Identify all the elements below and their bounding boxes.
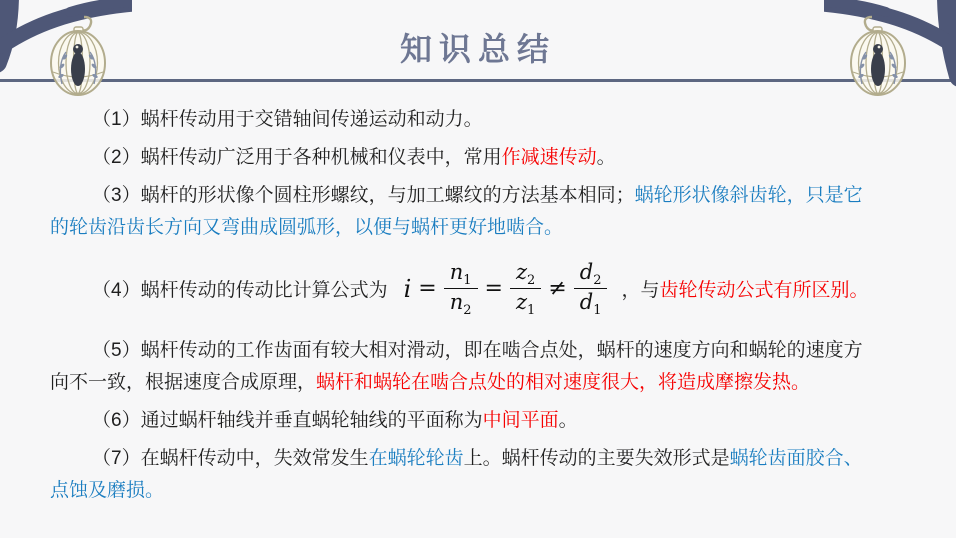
text-segment: 作减速传动: [502, 147, 597, 168]
text-segment: 在蜗轮轮齿: [369, 448, 464, 469]
formula-variable-i: i: [404, 275, 412, 303]
fraction-d2-d1: d2 d1: [574, 260, 608, 317]
point-7-line-1: （7）在蜗杆传动中，失效常发生在蜗轮轮齿上。蜗杆传动的主要失效形式是蜗轮齿面胶合…: [50, 443, 906, 475]
text-segment: （2）蜗杆传动广泛用于各种机械和仪表中，常用: [92, 147, 502, 168]
text-segment: （6）通过蜗杆轴线并垂直蜗轮轴线的平面称为: [92, 410, 483, 431]
text-segment: ，与: [621, 275, 659, 302]
text-segment: （5）蜗杆传动的工作齿面有较大相对滑动，即在啮合点处，蜗杆的速度方向和蜗轮的速度…: [92, 340, 863, 361]
text-segment: 蜗轮齿面胶合、: [730, 448, 863, 469]
text-segment: （7）在蜗杆传动中，失效常发生: [92, 448, 369, 469]
not-equal-sign: ≠: [548, 276, 566, 301]
point-6: （6）通过蜗杆轴线并垂直蜗轮轴线的平面称为中间平面。: [50, 405, 906, 437]
header: 知识总结: [0, 0, 956, 82]
point-4: （4）蜗杆传动的传动比计算公式为 i = n1 n2 = z2 z1 ≠ d2 …: [50, 260, 906, 317]
text-segment: 齿轮传动公式有所区别。: [660, 275, 869, 302]
point-2: （2）蜗杆传动广泛用于各种机械和仪表中，常用作减速传动。: [50, 142, 906, 174]
fraction-n1-n2: n1 n2: [444, 260, 478, 317]
slide: 知识总结: [0, 0, 956, 538]
fraction-z2-z1: z2 z1: [510, 260, 541, 317]
text-segment: （3）蜗杆的形状像个圆柱形螺纹，与加工螺纹的方法基本相同；: [92, 185, 635, 206]
text-segment: （1）蜗杆传动用于交错轴间传递运动和动力。: [92, 109, 483, 130]
point-3-line-1: （3）蜗杆的形状像个圆柱形螺纹，与加工螺纹的方法基本相同；蜗轮形状像斜齿轮，只是…: [50, 180, 906, 212]
page-title: 知识总结: [0, 24, 956, 70]
transmission-ratio-formula: i = n1 n2 = z2 z1 ≠ d2 d1: [404, 260, 608, 317]
equals-sign: =: [485, 276, 503, 301]
text-segment: 蜗轮形状像斜齿轮，只是它: [635, 185, 863, 206]
point-3-line-2: 的轮齿沿齿长方向又弯曲成圆弧形，以便与蜗杆更好地啮合。: [50, 212, 906, 244]
content: （1）蜗杆传动用于交错轴间传递运动和动力。 （2）蜗杆传动广泛用于各种机械和仪表…: [0, 82, 956, 507]
point-5-line-1: （5）蜗杆传动的工作齿面有较大相对滑动，即在啮合点处，蜗杆的速度方向和蜗轮的速度…: [50, 335, 906, 367]
equals-sign: =: [418, 276, 436, 301]
text-segment: 中间平面: [483, 410, 559, 431]
text-segment: 向不一致，根据速度合成原理，: [50, 372, 316, 393]
point-1: （1）蜗杆传动用于交错轴间传递运动和动力。: [50, 104, 906, 136]
text-segment: 蜗杆和蜗轮在啮合点处的相对速度很大，将造成摩擦发热。: [316, 372, 810, 393]
text-segment: 点蚀及磨损。: [50, 480, 164, 501]
text-segment: （4）蜗杆传动的传动比计算公式为: [92, 275, 388, 302]
point-7-line-2: 点蚀及磨损。: [50, 475, 906, 507]
text-segment: 上。蜗杆传动的主要失效形式是: [464, 448, 730, 469]
text-segment: 。: [559, 410, 578, 431]
point-5-line-2: 向不一致，根据速度合成原理，蜗杆和蜗轮在啮合点处的相对速度很大，将造成摩擦发热。: [50, 367, 906, 399]
text-segment: 的轮齿沿齿长方向又弯曲成圆弧形，以便与蜗杆更好地啮合。: [50, 217, 563, 238]
text-segment: 。: [597, 147, 616, 168]
